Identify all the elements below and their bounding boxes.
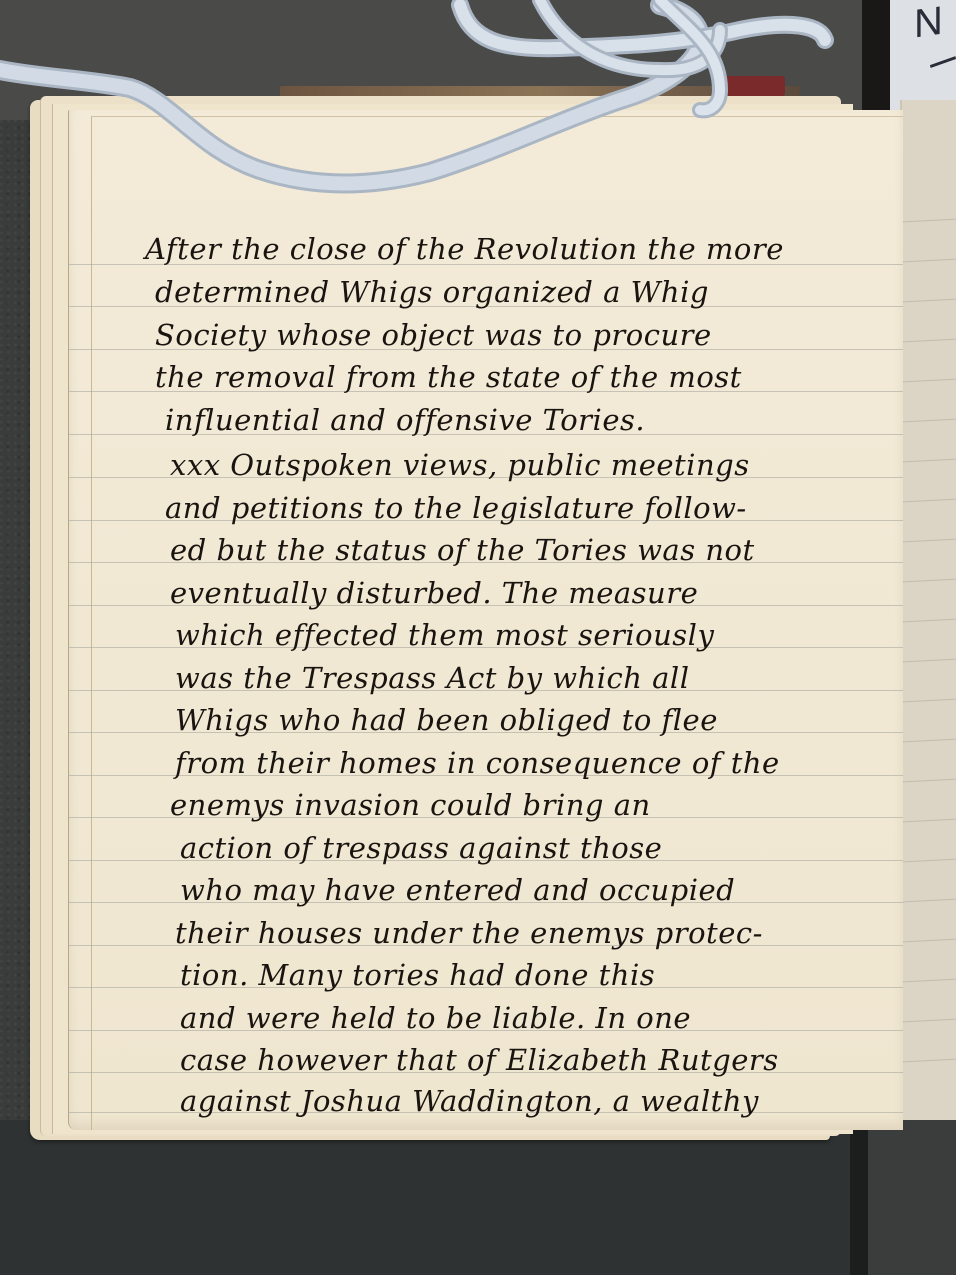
background-surface-bottom [0,1120,860,1275]
text-line: the removal from the state of the most [155,360,742,394]
text-line: tion. Many tories had done this [180,958,655,992]
label-card-dash [930,56,956,68]
text-line: case however that of Elizabeth Rutgers [180,1043,779,1077]
text-line: against Joshua Waddington, a wealthy [180,1084,759,1118]
box-divider [862,0,892,115]
text-line: was the Trespass Act by which all [175,661,689,695]
text-line: xxx Outspoken views, public meetings [170,448,750,482]
text-line: After the close of the Revolution the mo… [145,232,784,266]
text-line: Whigs who had been obliged to flee [175,703,718,737]
text-line: influential and offensive Tories. [165,403,645,437]
text-line: which effected them most seriously [175,618,714,652]
background-surface-right [868,1120,956,1275]
book-ribbon-marker [725,76,785,96]
label-card-text: N [914,0,943,48]
text-line: Society whose object was to procure [155,318,712,352]
text-line: ed but the status of the Tories was not [170,533,755,567]
text-line: who may have entered and occupied [180,873,735,907]
text-line: from their homes in consequence of the [175,746,780,780]
text-line: enemys invasion could bring an [170,788,651,822]
background-shadow-strip [850,1120,868,1275]
text-line: action of trespass against those [180,831,662,865]
facing-page [900,100,956,1120]
text-line: their houses under the enemys protec- [175,916,763,950]
text-line: determined Whigs organized a Whig [155,275,709,309]
text-line: and petitions to the legislature follow- [165,491,747,525]
text-line: and were held to be liable. In one [180,1001,691,1035]
text-line: eventually disturbed. The measure [170,576,698,610]
